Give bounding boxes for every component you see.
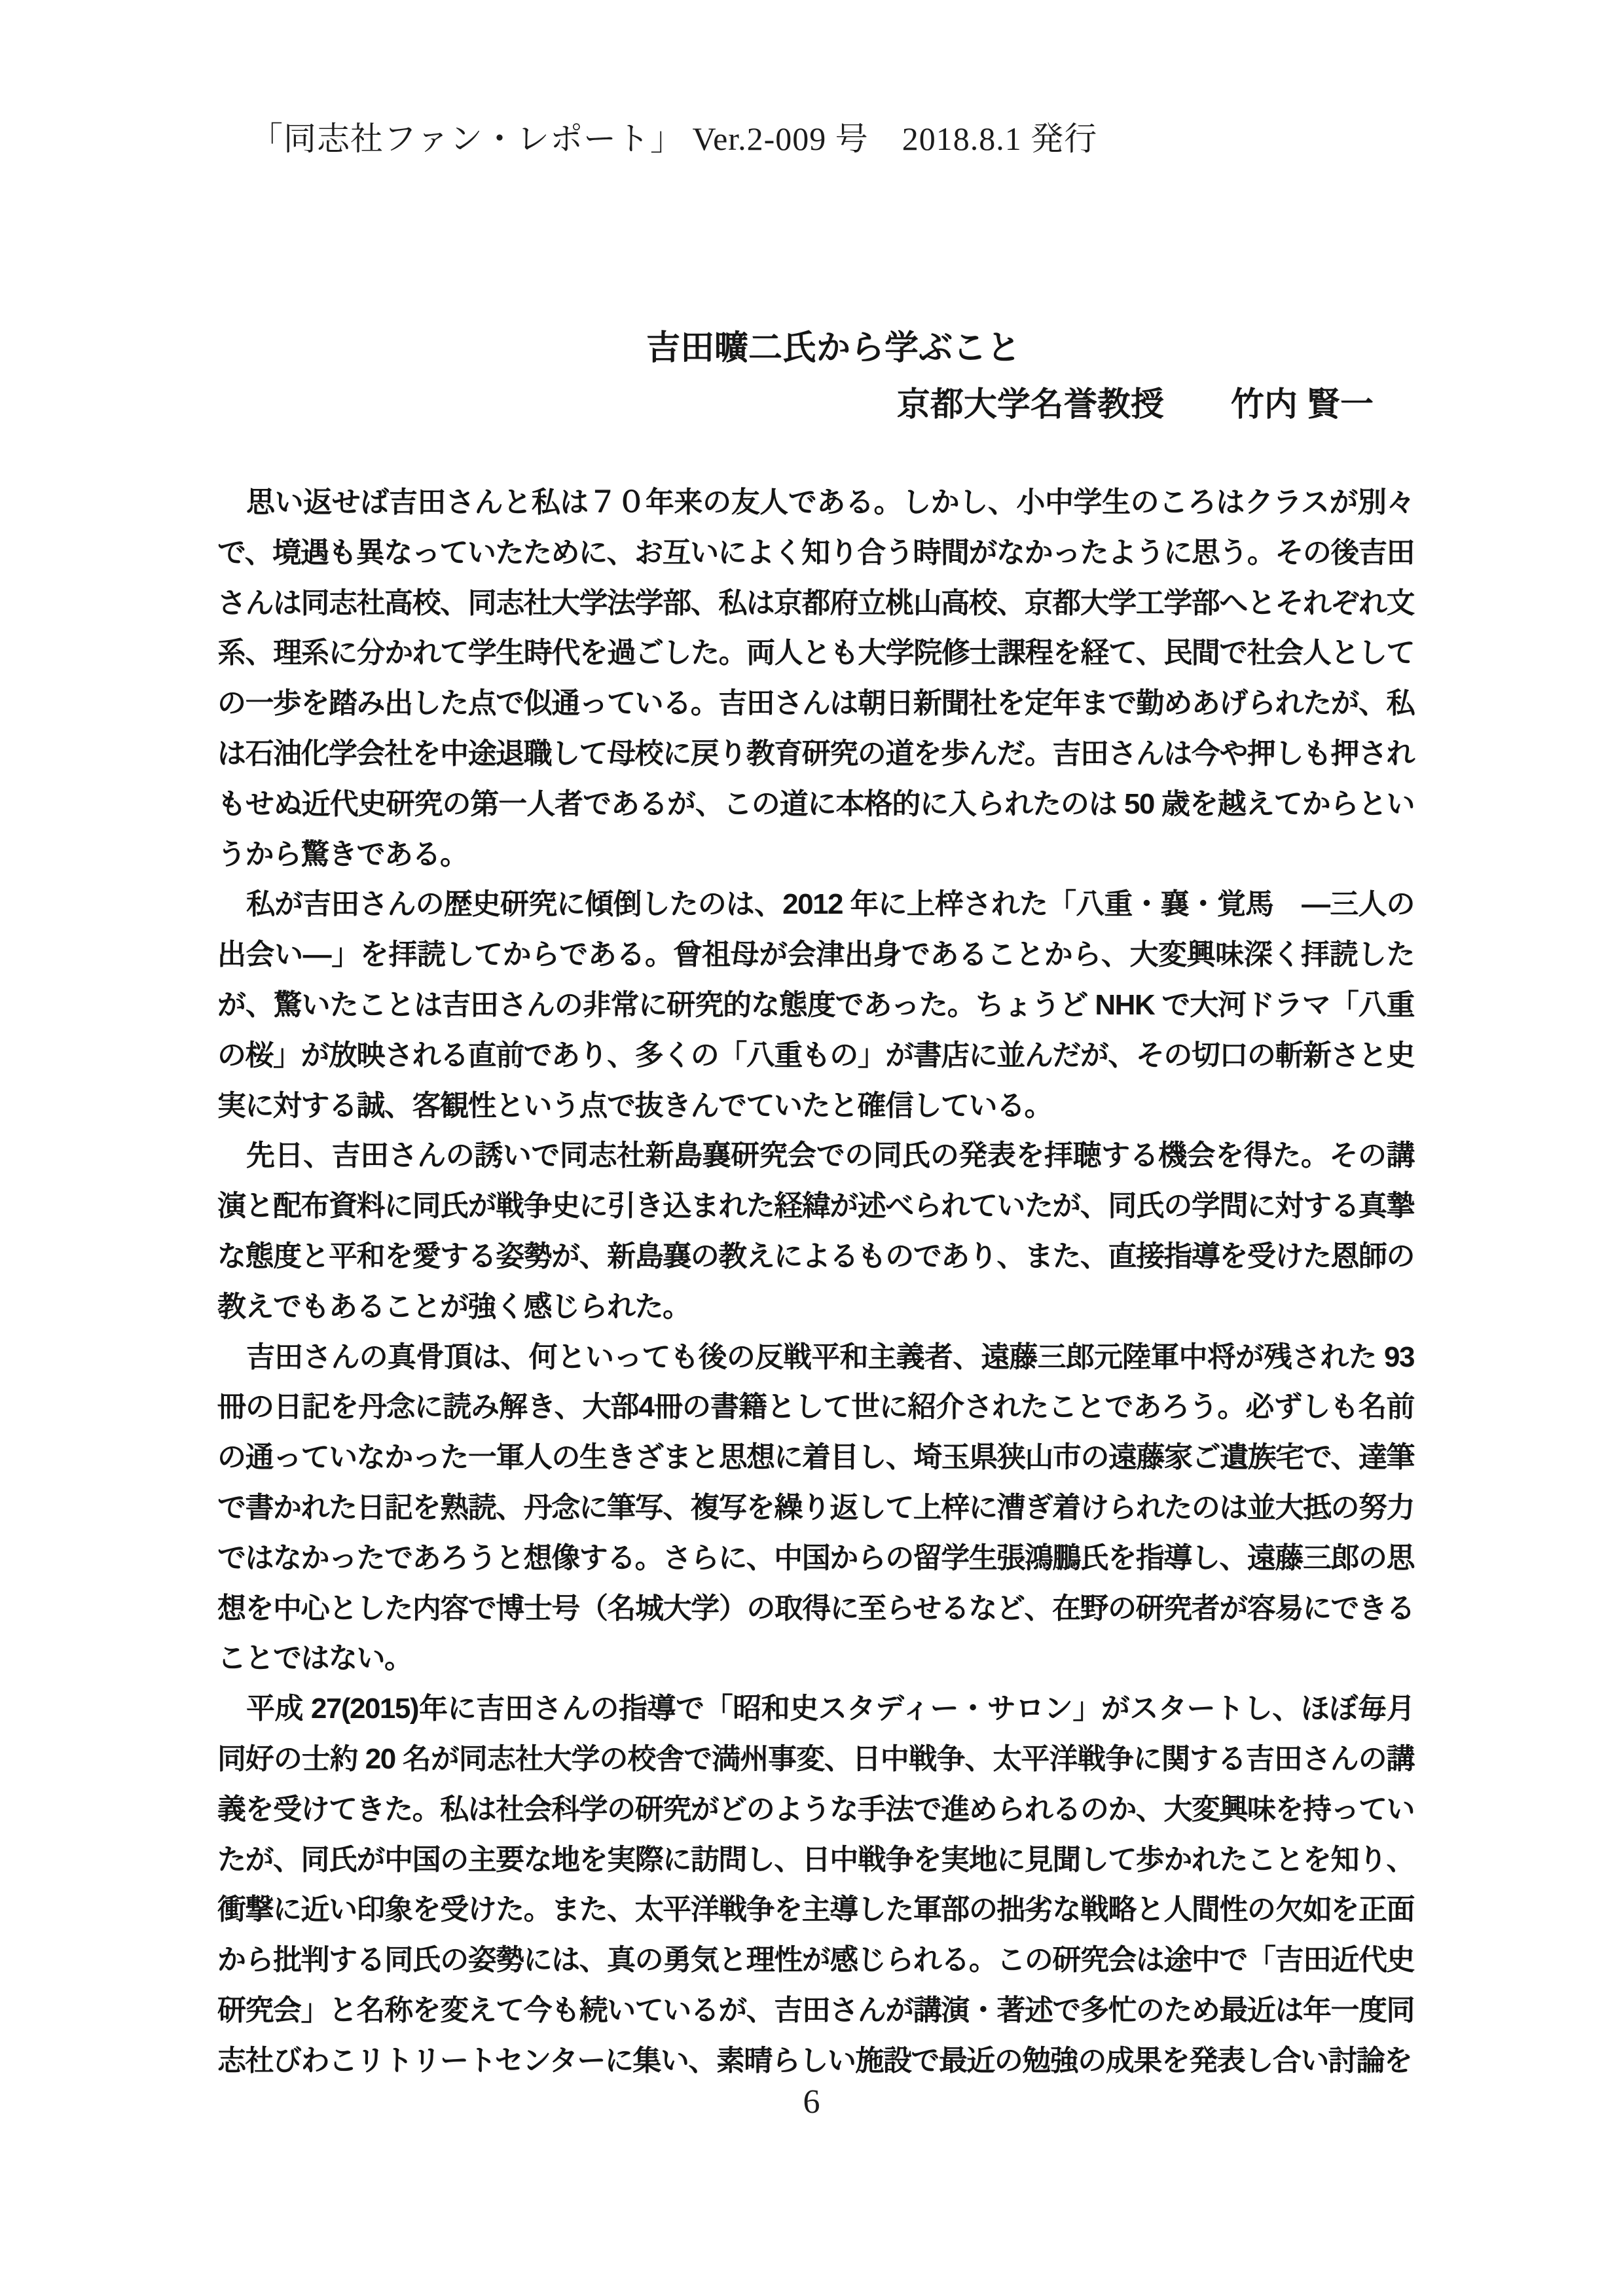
body-paragraph: 先日、吉田さんの誘いで同志社新島襄研究会での同氏の発表を拝聴する機会を得た。その…	[217, 1131, 1414, 1332]
document-page: 「同志社ファン・レポート」 Ver.2-009 号 2018.8.1 発行 吉田…	[0, 0, 1623, 2296]
article: 吉田曠二氏から学ぶこと 京都大学名誉教授 竹内 賢一 思い返せば吉田さんと私は７…	[217, 322, 1414, 2087]
body-paragraph: 吉田さんの真骨頂は、何といっても後の反戦平和主義者、遠藤三郎元陸軍中将が残された…	[217, 1333, 1414, 1685]
body-paragraph: 思い返せば吉田さんと私は７０年来の友人である。しかし、小中学生のころはクラスが別…	[217, 478, 1414, 880]
body-paragraph: 私が吉田さんの歴史研究に傾倒したのは、2012 年に上梓された「八重・襄・覚馬 …	[217, 880, 1414, 1131]
body-paragraph: 平成 27(2015)年に吉田さんの指導で「昭和史スタディー・サロン」がスタート…	[217, 1684, 1414, 2086]
page-number: 6	[0, 2083, 1623, 2121]
article-body: 思い返せば吉田さんと私は７０年来の友人である。しかし、小中学生のころはクラスが別…	[217, 478, 1414, 2087]
running-header: 「同志社ファン・レポート」 Ver.2-009 号 2018.8.1 発行	[250, 113, 1097, 160]
article-byline: 京都大学名誉教授 竹内 賢一	[217, 378, 1414, 431]
article-title: 吉田曠二氏から学ぶこと	[646, 322, 1414, 374]
